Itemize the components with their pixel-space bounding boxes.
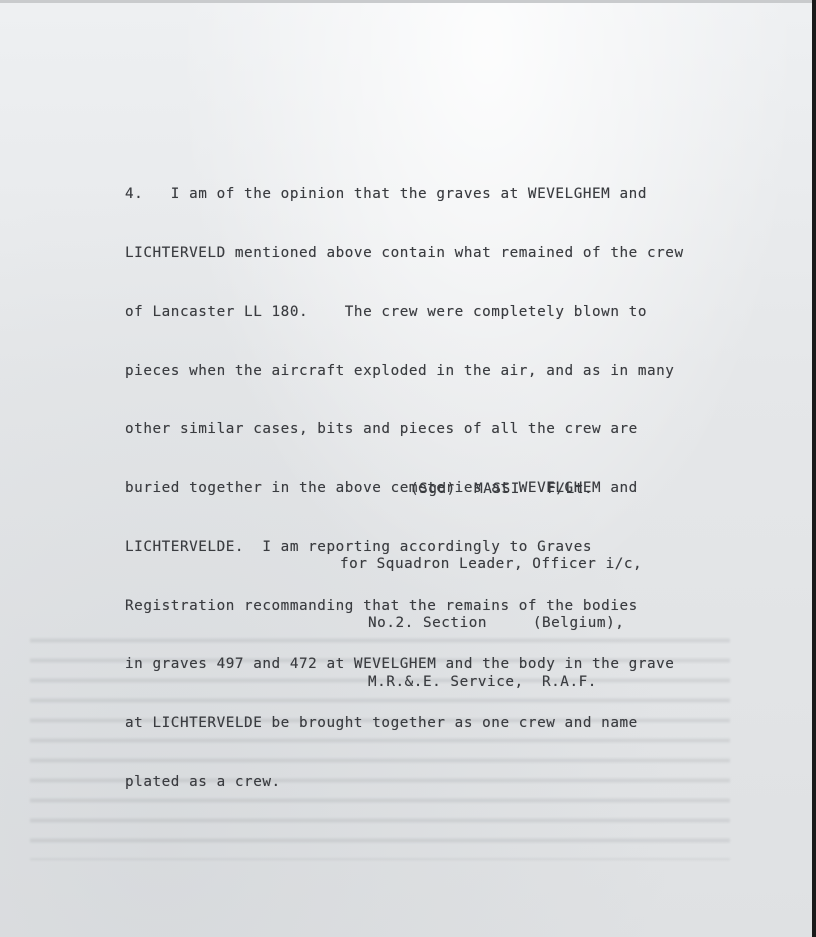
signature-service-line: M.R.&.E. Service, R.A.F. [340,673,642,693]
signature-title-line: for Squadron Leader, Officer i/c, [340,555,642,575]
paragraph-line: pieces when the aircraft exploded in the… [125,362,684,382]
paragraph-line: plated as a crew. [125,773,684,793]
paragraph-line: 4. I am of the opinion that the graves a… [125,185,684,205]
paragraph-line: other similar cases, bits and pieces of … [125,420,684,440]
scan-edge-border [812,0,816,937]
paragraph-line: LICHTERVELD mentioned above contain what… [125,244,684,264]
signature-section-line: No.2. Section (Belgium), [340,614,642,634]
document-page: 4. I am of the opinion that the graves a… [0,0,812,937]
signed-name: (Sgd) MASSI F/Lt. [340,480,642,500]
paragraph-line: of Lancaster LL 180. The crew were compl… [125,303,684,323]
signature-block: (Sgd) MASSI F/Lt. for Squadron Leader, O… [340,441,642,731]
